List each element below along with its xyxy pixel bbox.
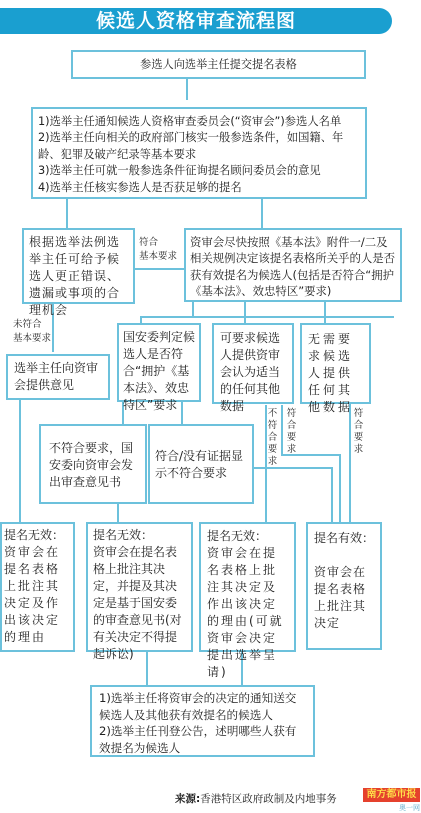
node-text: 资审会在提名表格上批注其决定及作出该决定的理由 xyxy=(4,544,71,646)
nsc-notice-node: 不符合要求，国安委向资审会发出审查意见书 xyxy=(39,424,147,504)
connector xyxy=(281,405,283,455)
connector xyxy=(19,400,21,522)
edge-label-compliant-2: 符合要求 xyxy=(353,408,364,456)
connector xyxy=(261,198,263,228)
source-label: 来源: xyxy=(175,793,200,805)
source-credit: 来源:香港特区政府政制及内地事务 xyxy=(175,791,337,806)
connector xyxy=(331,467,333,523)
submit-form-node: 参选人向选举主任提交提名表格 xyxy=(71,50,366,79)
connector xyxy=(339,454,341,523)
invalid-2-node: 提名无效： 资审会在提名表格上批注其决定，并提及其决定是基于国安委的审查意见书(… xyxy=(86,522,193,652)
node-heading: 提名无效： xyxy=(93,527,186,544)
committee-review-node: 资审会尽快按照《基本法》附件一/二及相关规例决定该提名表格所关乎的人是否获有效提… xyxy=(184,228,402,302)
no-request-node: 无需要求候选人提供任何其他数据 xyxy=(300,323,371,404)
final-notice-node: 1)选举主任将资审会的决定的通知送交候选人及其他获有效提名的候选人 2)选举主任… xyxy=(90,685,315,757)
node-text: 资审会在提名表格上批注其决定及作出该决定的理由(可就资审会决定提出选举呈请) xyxy=(207,545,288,681)
connector xyxy=(140,316,394,318)
newspaper-logo: 南方都市报 xyxy=(363,788,420,802)
node-text: 选举主任向资审会提供意见 xyxy=(14,361,98,392)
logo-subtext: 奥一网oeeee.com xyxy=(363,803,420,813)
node-heading: 提名无效： xyxy=(4,527,71,544)
connector xyxy=(181,400,183,424)
connector xyxy=(117,503,119,522)
invalid-1-node: 提名无效： 资审会在提名表格上批注其决定及作出该决定的理由 xyxy=(0,522,75,652)
connector xyxy=(66,198,68,228)
node-text: 资审会在提名表格上批注其决定 xyxy=(314,564,374,632)
node-text: 符合/没有证据显示不符合要求 xyxy=(155,449,243,480)
step-3: 3)选举主任可就一般参选条件征询提名顾问委员会的意见 xyxy=(38,163,360,179)
edge-label-not-compliant: 不符合要求 xyxy=(267,408,278,468)
connector xyxy=(244,301,246,323)
page-title: 候选人资格审查流程图 xyxy=(0,8,392,34)
step-4: 4)选举主任核实参选人是否获足够的提名 xyxy=(38,180,360,196)
connector xyxy=(192,301,194,317)
node-text: 资审会尽快按照《基本法》附件一/二及相关规例决定该提名表格所关乎的人是否获有效提… xyxy=(190,235,395,298)
node-text: 参选人向选举主任提交提名表格 xyxy=(140,58,297,71)
node-text: 国安委判定候选人是否符合“拥护《基本法》、效忠特区”要求 xyxy=(123,330,195,412)
invalid-3-node: 提名无效： 资审会在提名表格上批注其决定及作出该决定的理由(可就资审会决定提出选… xyxy=(199,522,296,652)
connector xyxy=(135,268,185,270)
connector xyxy=(324,301,326,323)
correction-node: 根据选举法例选举主任可给予候选人更正错误、遗漏或事项的合理机会 xyxy=(22,228,135,304)
eo-opinion-node: 选举主任向资审会提供意见 xyxy=(6,354,110,400)
node-heading: 提名有效： xyxy=(314,530,374,547)
title-banner: 候选人资格审查流程图 xyxy=(0,8,392,34)
node-text: 可要求候选人提供资审会认为适当的任何其他数据 xyxy=(220,331,280,413)
step-1: 1)选举主任通知候选人资格审查委员会(“资审会”)参选人名单 xyxy=(38,114,360,130)
compliant-no-evidence-node: 符合/没有证据显示不符合要求 xyxy=(148,424,254,504)
connector xyxy=(349,400,351,523)
edge-label-meets-basic: 符合 基本要求 xyxy=(139,236,177,264)
connector xyxy=(186,78,188,100)
nsc-judge-node: 国安委判定候选人是否符合“拥护《基本法》、效忠特区”要求 xyxy=(117,323,201,402)
request-data-node: 可要求候选人提供资审会认为适当的任何其他数据 xyxy=(212,323,294,404)
node-text: 不符合要求，国安委向资审会发出审查意见书 xyxy=(49,441,133,489)
initial-checks-node: 1)选举主任通知候选人资格审查委员会(“资审会”)参选人名单 2)选举主任向相关… xyxy=(31,107,367,199)
edge-label-compliant-1: 符合要求 xyxy=(286,408,297,456)
node-heading: 提名无效： xyxy=(207,528,288,545)
node-text: 资审会在提名表格上批注其决定，并提及其决定是基于国安委的审查意见书(对有关决定不… xyxy=(93,544,186,663)
final-step-2: 2)选举主任刊登公告，述明哪些人获有效提名为候选人 xyxy=(99,723,306,756)
node-text: 根据选举法例选举主任可给予候选人更正错误、遗漏或事项的合理机会 xyxy=(29,235,120,317)
final-step-1: 1)选举主任将资审会的决定的通知送交候选人及其他获有效提名的候选人 xyxy=(99,690,306,723)
node-text: 无需要求候选人提供任何其他数据 xyxy=(308,332,353,414)
step-2: 2)选举主任向相关的政府部门核实一般参选条件，如国籍、年龄、犯罪及破产纪录等基本… xyxy=(38,130,360,163)
valid-node: 提名有效： 资审会在提名表格上批注其决定 xyxy=(306,522,382,650)
source-text: 香港特区政府政制及内地事务 xyxy=(200,793,337,805)
edge-label-not-meets-basic: 未符合 基本要求 xyxy=(13,318,51,346)
